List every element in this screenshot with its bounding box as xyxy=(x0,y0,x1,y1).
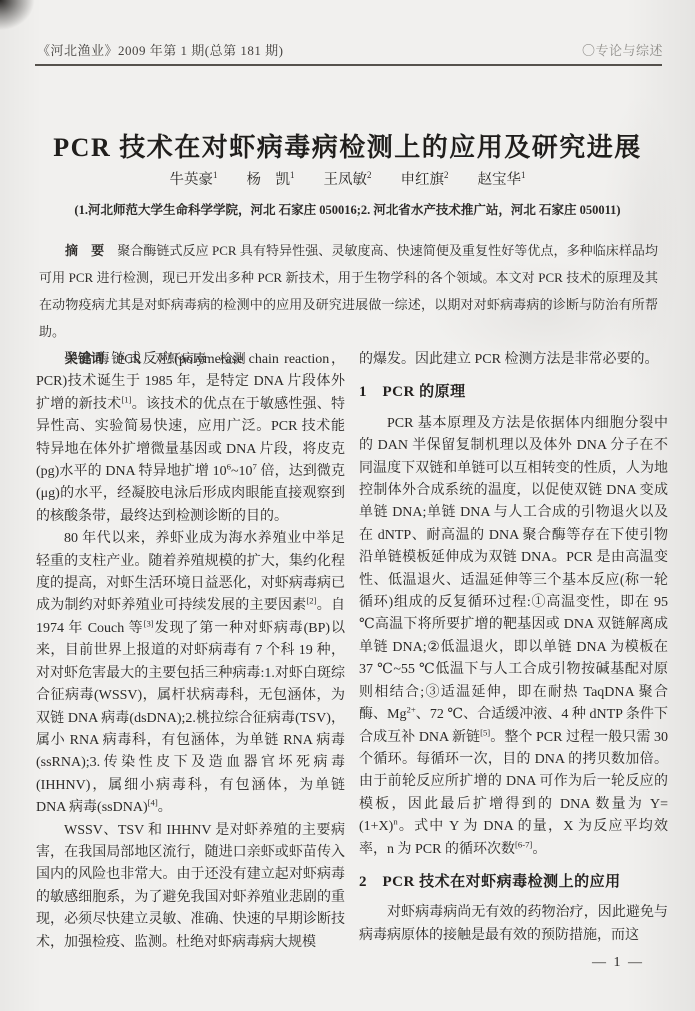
affiliation-line: (1.河北师范大学生命科学学院，河北 石家庄 050016;2. 河北省水产技术… xyxy=(0,200,695,218)
page-title: PCR 技术在对虾病毒病检测上的应用及研究进展 xyxy=(0,127,695,164)
superscript: 1 xyxy=(521,170,526,180)
section-heading: 1 PCR 的原理 xyxy=(359,381,668,403)
paragraph: WSSV、TSV 和 IHHNV 是对虾养殖的主要病害，在我国局部地区流行，随进… xyxy=(36,820,345,954)
abstract-text: 聚合酶链式反应 PCR 具有特异性强、灵敏度高、快速简便及重复性好等优点，多种临… xyxy=(39,243,658,339)
superscript: [4] xyxy=(148,797,158,807)
abstract-label: 摘 要 xyxy=(65,243,104,258)
section-tag: 〇专论与综述 xyxy=(582,40,663,59)
paragraph: 聚合酶链式反应(polymerase chain reaction，PCR)技术… xyxy=(36,349,345,528)
two-column-body: 聚合酶链式反应(polymerase chain reaction，PCR)技术… xyxy=(36,349,668,1011)
page-header: 《河北渔业》2009 年第 1 期(总第 181 期) 〇专论与综述 xyxy=(37,40,663,59)
paragraph: 80 年代以来，养虾业成为海水养殖业中举足轻重的支柱产业。随着养殖规模的扩大，集… xyxy=(36,528,345,819)
paragraph: 的爆发。因此建立 PCR 检测方法是非常必要的。 xyxy=(359,349,668,371)
paragraph: PCR 基本原理及方法是依据体内细胞分裂中的 DAN 半保留复制机理以及体外 D… xyxy=(359,413,668,861)
header-divider xyxy=(35,64,662,66)
scan-corner-artifact xyxy=(0,0,48,42)
section-tag-label: 专论与综述 xyxy=(595,43,663,58)
abstract-paragraph: 摘 要聚合酶链式反应 PCR 具有特异性强、灵敏度高、快速简便及重复性好等优点，… xyxy=(39,237,658,345)
superscript: 1 xyxy=(213,170,218,180)
superscript: 2+ xyxy=(407,704,416,714)
superscript: 7 xyxy=(253,461,257,471)
column-right: 的爆发。因此建立 PCR 检测方法是非常必要的。1 PCR 的原理PCR 基本原… xyxy=(359,349,668,1011)
superscript: n xyxy=(393,816,397,826)
superscript: 6 xyxy=(227,461,231,471)
superscript: [1] xyxy=(121,394,131,404)
page-number: — 1 — xyxy=(359,952,668,974)
authors-line: 牛英豪1 杨 凯1 王凤敏2 申红旗2 赵宝华1 xyxy=(0,168,695,189)
section-heading: 2 PCR 技术在对虾病毒检测上的应用 xyxy=(359,871,668,893)
scanned-paper-page: 《河北渔业》2009 年第 1 期(总第 181 期) 〇专论与综述 PCR 技… xyxy=(0,0,695,1011)
superscript: 2 xyxy=(367,170,372,180)
column-left: 聚合酶链式反应(polymerase chain reaction，PCR)技术… xyxy=(36,349,345,1011)
circle-icon: 〇 xyxy=(582,43,596,58)
journal-issue-text: 《河北渔业》2009 年第 1 期(总第 181 期) xyxy=(37,40,283,59)
superscript: [6-7] xyxy=(515,839,532,849)
superscript: [5] xyxy=(480,727,490,737)
paragraph: 对虾病毒病尚无有效的药物治疗，因此避免与病毒病原体的接触是最有效的预防措施，而这 xyxy=(359,902,668,947)
superscript: [2] xyxy=(306,596,316,606)
superscript: 2 xyxy=(444,170,449,180)
superscript: 1 xyxy=(290,170,295,180)
superscript: [3] xyxy=(144,618,154,628)
